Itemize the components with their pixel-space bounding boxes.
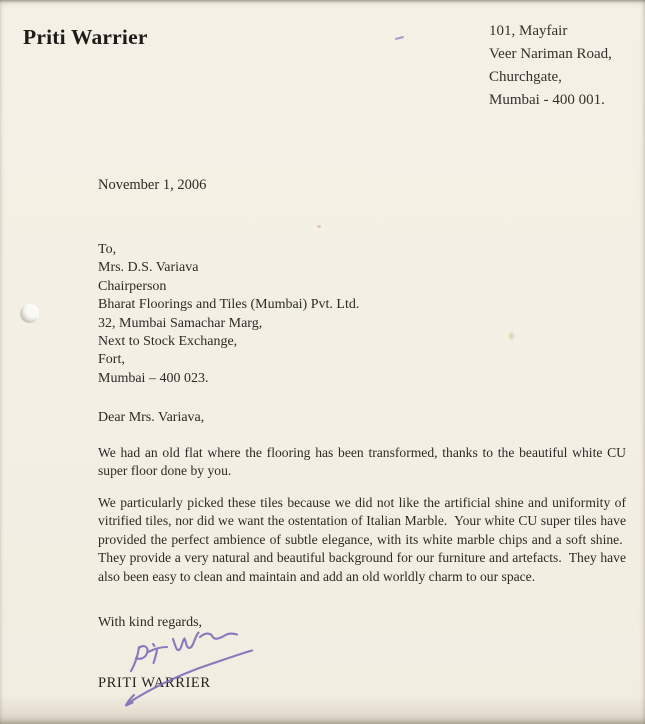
recipient-line: Fort, — [98, 351, 359, 369]
recipient-line: Mumbai – 400 023. — [98, 370, 359, 388]
paper-blemish-mark — [20, 304, 39, 323]
sender-address-block: 101, Mayfair Veer Nariman Road, Churchga… — [489, 20, 612, 112]
sender-address-line: Mumbai - 400 001. — [489, 89, 612, 112]
paper-stain — [508, 331, 515, 341]
paper-speck — [317, 225, 321, 228]
recipient-line: Next to Stock Exchange, — [98, 333, 359, 351]
recipient-address-block: To, Mrs. D.S. Variava Chairperson Bharat… — [98, 241, 359, 388]
recipient-line: To, — [98, 241, 359, 259]
body-paragraph-2: We particularly picked these tiles becau… — [98, 494, 626, 586]
stray-ink-mark — [395, 36, 404, 40]
scanned-letter-page: Priti Warrier 101, Mayfair Veer Nariman … — [0, 0, 645, 724]
handwritten-signature — [116, 620, 266, 716]
date-line: November 1, 2006 — [98, 177, 206, 194]
recipient-line: Bharat Floorings and Tiles (Mumbai) Pvt.… — [98, 296, 359, 314]
sender-name: Priti Warrier — [23, 25, 148, 50]
sender-address-line: Veer Nariman Road, — [489, 43, 612, 66]
salutation: Dear Mrs. Variava, — [98, 410, 204, 426]
recipient-line: 32, Mumbai Samachar Marg, — [98, 315, 359, 333]
recipient-line: Mrs. D.S. Variava — [98, 259, 359, 277]
sender-address-line: 101, Mayfair — [489, 20, 612, 43]
recipient-line: Chairperson — [98, 278, 359, 296]
body-paragraph-1: We had an old flat where the flooring ha… — [98, 444, 626, 481]
sender-address-line: Churchgate, — [489, 66, 612, 89]
signature-ink-strokes — [126, 633, 252, 706]
